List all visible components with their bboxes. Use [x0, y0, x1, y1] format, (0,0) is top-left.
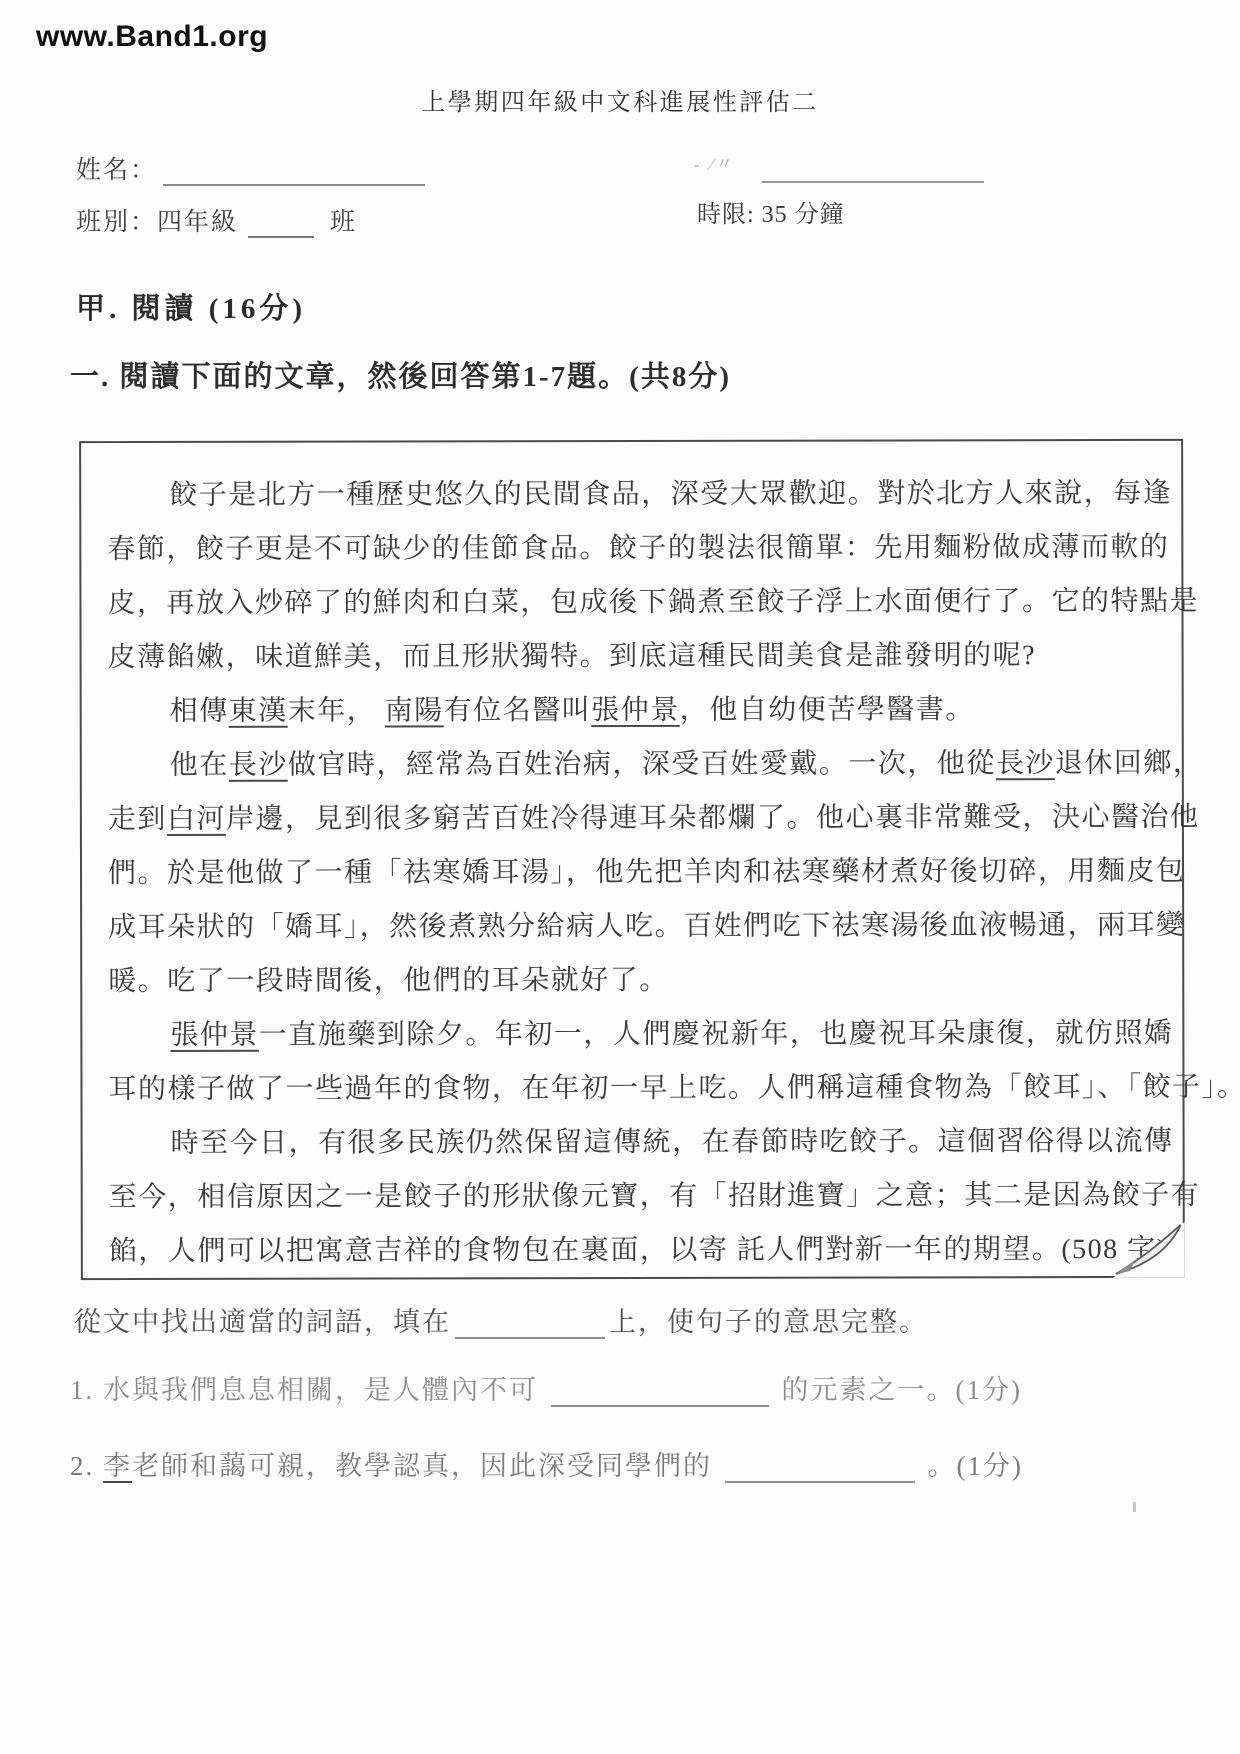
text-line: 成耳朵狀的「嬌耳」，然後煮熟分給病人吃。百姓們吃下祛寒湯後血液暢通，兩耳變 — [108, 899, 1160, 955]
class-suffix-label: 班 — [330, 209, 357, 236]
question-1: 1. 水與我們息息相關，是人體內不可 的元素之一。(1分) — [70, 1368, 1022, 1407]
section-heading: 甲. 閱讀 (16分) — [76, 286, 306, 327]
text-segment: 相傳 — [170, 696, 229, 727]
text-line: 走到白河岸邊，見到很多窮苦百姓冷得連耳朵都爛了。他心裏非常難受，決心醫治他 — [108, 791, 1160, 847]
text-segment: 退休回鄉， — [1055, 748, 1203, 779]
text-segment: 皮，再放入炒碎了的鮮肉和白菜，包成後下鍋煮至餃子浮上水面便行了。它的特點是 — [107, 586, 1199, 619]
text-line: 至今，相信原因之一是餃子的形狀像元寶，有「招財進寶」之意；其二是因為餃子有 — [109, 1169, 1161, 1225]
text-segment: 們。於是他做了一種「祛寒嬌耳湯」，他先把羊肉和祛寒藥材煮好後切碎，用麵皮包 — [108, 856, 1186, 889]
text-line: 耳的樣子做了一些過年的食物，在年初一早上吃。人們稱這種食物為「餃耳」、「餃子」。 — [108, 1061, 1160, 1117]
name-label: 姓名： — [76, 157, 157, 184]
scan-speck — [1133, 1502, 1136, 1512]
proper-noun-underlined: 長沙 — [229, 750, 288, 781]
text-segment: 走到 — [108, 804, 167, 835]
class-row: 班別：四年級班 — [76, 202, 357, 238]
text-segment: 至今，相信原因之一是餃子的形狀像元寶，有「招財進寶」之意；其二是因為餃子有 — [109, 1180, 1201, 1213]
text-segment: 一直施藥到除夕。年初一，人們慶祝新年，也慶祝耳朵康復，就仿照嬌 — [259, 1018, 1174, 1051]
text-line: 從文中找出適當的詞語，填在上，使句子的意思完整。 — [74, 1300, 928, 1339]
proper-noun-underlined: 長沙 — [996, 748, 1055, 779]
text-segment: 從文中找出適當的詞語，填在 — [74, 1307, 451, 1337]
page-watermark: www.Band1.org — [36, 20, 268, 54]
text-segment: 餃子是北方一種歷史悠久的民間食品，深受大眾歡迎。對於北方人來說，每逢 — [169, 478, 1172, 511]
text-segment: 成耳朵狀的「嬌耳」，然後煮熟分給病人吃。百姓們吃下祛寒湯後血液暢通，兩耳變 — [108, 910, 1186, 943]
time-limit-label: 時限: 35 分鐘 — [697, 194, 845, 229]
text-segment: 做官時，經常為百姓治病，深受百姓愛戴。一次，他從 — [288, 748, 996, 780]
text-segment: ，他自幼便苦學醫書。 — [680, 694, 975, 726]
proper-noun-underlined: 東漢 — [229, 696, 288, 727]
text-line: 餃子是北方一種歷史悠久的民間食品，深受大眾歡迎。對於北方人來說，每逢 — [107, 467, 1159, 523]
proper-noun-underlined: 李 — [103, 1451, 132, 1481]
text-segment: 末年， — [288, 696, 385, 727]
text-segment: 餡，人們可以把寓意吉祥的食物包在裏面，以寄 託人們對新一年的期望。(508 字) — [109, 1234, 1168, 1267]
text-segment: 有位名醫叫 — [444, 695, 592, 726]
fill-in-blank — [725, 1453, 915, 1483]
dog-ear-icon — [1111, 1222, 1185, 1278]
text-line: 張仲景一直施藥到除夕。年初一，人們慶祝新年，也慶祝耳朵康復，就仿照嬌 — [108, 1007, 1160, 1063]
text-segment: 他在 — [170, 750, 229, 781]
text-segment: 暖。吃了一段時間後，他們的耳朵就好了。 — [108, 965, 669, 997]
name-blank-line — [163, 158, 425, 186]
text-segment: 的元素之一。(1分) — [773, 1375, 1022, 1405]
text-segment: 時至今日，有很多民族仍然保留這傳統，在春節時吃餃子。這個習俗得以流傳 — [171, 1126, 1174, 1159]
text-segment: 岸邊，見到很多窮苦百姓冷得連耳朵都爛了。他心裏非常難受，決心醫治他 — [226, 802, 1200, 835]
text-segment: 老師和藹可親，教學認真，因此深受同學們的 — [132, 1451, 721, 1481]
text-line: 皮薄餡嫩，味道鮮美，而且形狀獨特。到底這種民間美食是誰發明的呢? — [108, 629, 1160, 685]
question-2: 2. 李老師和藹可親，教學認真，因此深受同學們的 。(1分) — [70, 1444, 1023, 1483]
proper-noun-underlined: 張仲景 — [591, 695, 680, 726]
date-blank-line — [762, 155, 984, 183]
text-segment: 。(1分) — [919, 1451, 1023, 1481]
text-line: 2. 李老師和藹可親，教學認真，因此深受同學們的 。(1分) — [70, 1451, 1023, 1481]
date-row: - ⁄〃 — [694, 150, 984, 183]
text-segment: 皮薄餡嫩，味道鮮美，而且形狀獨特。到底這種民間美食是誰發明的呢? — [108, 640, 1037, 673]
article-lines: 餃子是北方一種歷史悠久的民間食品，深受大眾歡迎。對於北方人來說，每逢春節，餃子更… — [107, 467, 1161, 1279]
text-line: 時至今日，有很多民族仍然保留這傳統，在春節時吃餃子。這個習俗得以流傳 — [109, 1115, 1161, 1171]
task-instruction: 一. 閱讀下面的文章，然後回答第1-7題。(共8分) — [70, 354, 731, 395]
class-blank-line — [248, 210, 314, 238]
text-line: 他在長沙做官時，經常為百姓治病，深受百姓愛戴。一次，他從長沙退休回鄉， — [108, 737, 1160, 793]
date-remnant: - ⁄〃 — [694, 155, 736, 174]
text-line: 暖。吃了一段時間後，他們的耳朵就好了。 — [108, 953, 1160, 1009]
text-segment: 上，使句子的意思完整。 — [609, 1307, 928, 1337]
text-line: 餡，人們可以把寓意吉祥的食物包在裏面，以寄 託人們對新一年的期望。(508 字) — [109, 1223, 1161, 1279]
text-segment: 2. — [70, 1451, 103, 1481]
fill-in-blank — [551, 1377, 769, 1407]
proper-noun-underlined: 白河 — [167, 804, 226, 835]
text-line: 春節，餃子更是不可缺少的佳節食品。餃子的製法很簡單：先用麵粉做成薄而軟的 — [107, 521, 1159, 577]
text-segment: 耳的樣子做了一些過年的食物，在年初一早上吃。人們稱這種食物為「餃耳」、「餃子」。 — [108, 1072, 1240, 1105]
text-line: 們。於是他做了一種「祛寒嬌耳湯」，他先把羊肉和祛寒藥材煮好後切碎，用麵皮包 — [108, 845, 1160, 901]
text-line: 1. 水與我們息息相關，是人體內不可 的元素之一。(1分) — [70, 1375, 1022, 1405]
text-segment: 1. 水與我們息息相關，是人體內不可 — [70, 1375, 547, 1405]
proper-noun-underlined: 張仲景 — [170, 1020, 259, 1051]
fill-instruction: 從文中找出適當的詞語，填在上，使句子的意思完整。 — [74, 1300, 928, 1339]
name-row: 姓名： — [76, 150, 425, 186]
text-segment: 春節，餃子更是不可缺少的佳節食品。餃子的製法很簡單：先用麵粉做成薄而軟的 — [107, 532, 1169, 565]
text-line: 皮，再放入炒碎了的鮮肉和白菜，包成後下鍋煮至餃子浮上水面便行了。它的特點是 — [107, 575, 1159, 631]
exam-title: 上學期四年級中文科進展性評估二 — [0, 82, 1240, 117]
text-line: 相傳東漢末年， 南陽有位名醫叫張仲景，他自幼便苦學醫書。 — [108, 683, 1160, 739]
proper-noun-underlined: 南陽 — [385, 695, 444, 726]
article-box: 餃子是北方一種歷史悠久的民間食品，深受大眾歡迎。對於北方人來說，每逢春節，餃子更… — [79, 439, 1185, 1280]
class-label: 班別：四年級 — [76, 209, 238, 236]
fill-in-blank — [455, 1309, 605, 1339]
